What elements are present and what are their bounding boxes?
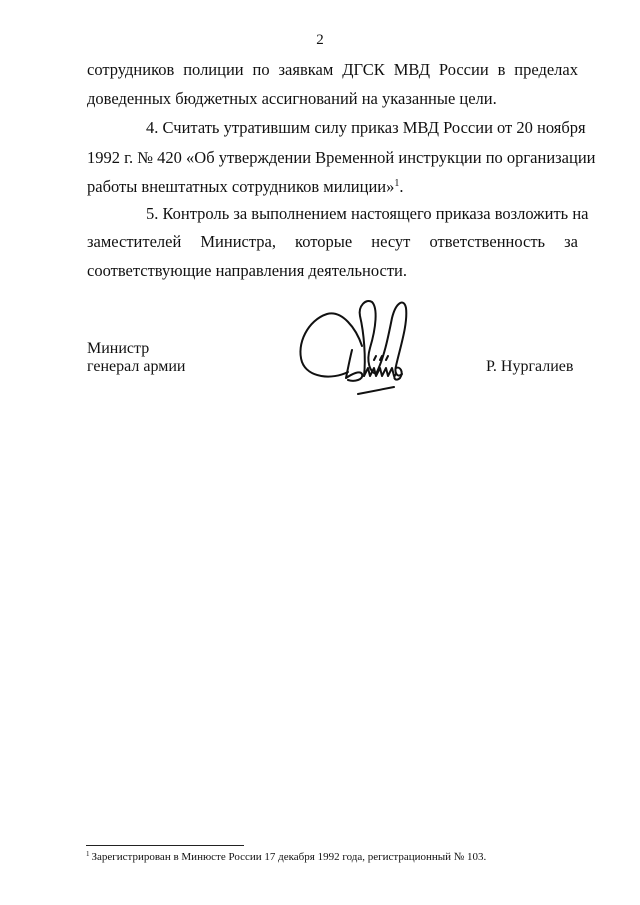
- text-line: заместителей Министра, которые несут отв…: [87, 232, 578, 252]
- footnote-separator: [86, 845, 244, 846]
- footnote: 1Зарегистрирован в Минюсте России 17 дек…: [86, 850, 486, 864]
- text-span: .: [399, 177, 403, 196]
- text-line: сотрудников полиции по заявкам ДГСК МВД …: [87, 60, 578, 80]
- text-line: доведенных бюджетных ассигнований на ука…: [87, 89, 578, 109]
- page-number: 2: [0, 31, 640, 49]
- text-line: соответствующие направления деятельности…: [87, 261, 578, 281]
- text-line: 5. Контроль за выполнением настоящего пр…: [87, 204, 578, 224]
- footnote-mark: 1: [86, 850, 90, 858]
- signatory-position: Министр: [87, 340, 185, 358]
- text-line: работы внештатных сотрудников милиции»1.: [87, 177, 578, 197]
- text-line: 1992 г. № 420 «Об утверждении Временной …: [87, 148, 578, 168]
- text-span: работы внештатных сотрудников милиции»: [87, 177, 394, 196]
- signatory-name: Р. Нургалиев: [486, 358, 573, 376]
- text-line: 4. Считать утратившим силу приказ МВД Ро…: [87, 118, 578, 138]
- handwritten-signature-icon: [292, 288, 432, 400]
- signatory-rank: генерал армии: [87, 358, 185, 376]
- footnote-text: Зарегистрирован в Минюсте России 17 дека…: [92, 851, 487, 863]
- signatory-title: Министр генерал армии: [87, 340, 185, 376]
